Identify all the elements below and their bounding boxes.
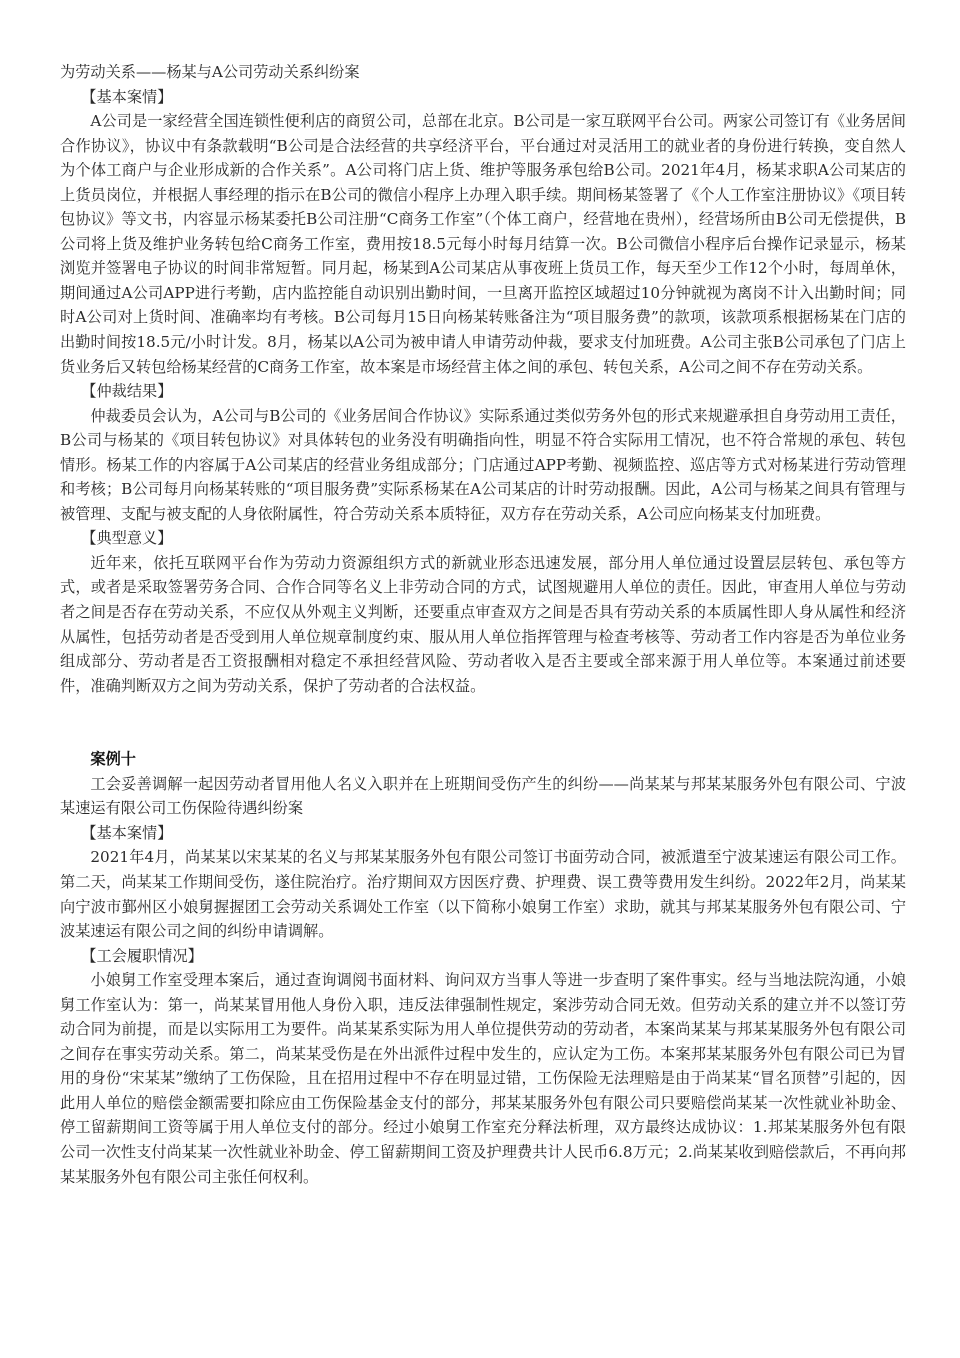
case9-arbitration-label: 【仲裁结果】 — [60, 379, 906, 404]
case10-basic-facts-label: 【基本案情】 — [60, 821, 906, 846]
section-spacer — [60, 698, 906, 747]
case9-basic-facts-label: 【基本案情】 — [60, 85, 906, 110]
case10-basic-facts-text: 2021年4月，尚某某以宋某某的名义与邦某某服务外包有限公司签订书面劳动合同，被… — [60, 845, 906, 943]
case9-significance-label: 【典型意义】 — [60, 526, 906, 551]
case10-heading: 案例十 — [60, 747, 906, 772]
case10-union-duties-label: 【工会履职情况】 — [60, 944, 906, 969]
case10-title: 工会妥善调解一起因劳动者冒用他人名义入职并在上班期间受伤产生的纠纷——尚某某与邦… — [60, 772, 906, 821]
case9-title-continuation: 为劳动关系——杨某与A公司劳动关系纠纷案 — [60, 60, 906, 85]
case9-significance-text: 近年来，依托互联网平台作为劳动力资源组织方式的新就业形态迅速发展，部分用人单位通… — [60, 551, 906, 698]
case9-basic-facts-text: A公司是一家经营全国连锁性便利店的商贸公司，总部在北京。B公司是一家互联网平台公… — [60, 109, 906, 379]
case9-arbitration-text: 仲裁委员会认为，A公司与B公司的《业务居间合作协议》实际系通过类似劳务外包的形式… — [60, 404, 906, 527]
case10-union-duties-text: 小娘舅工作室受理本案后，通过查询调阅书面材料、询问双方当事人等进一步查明了案件事… — [60, 968, 906, 1189]
document-page: 为劳动关系——杨某与A公司劳动关系纠纷案 【基本案情】 A公司是一家经营全国连锁… — [60, 60, 906, 1189]
